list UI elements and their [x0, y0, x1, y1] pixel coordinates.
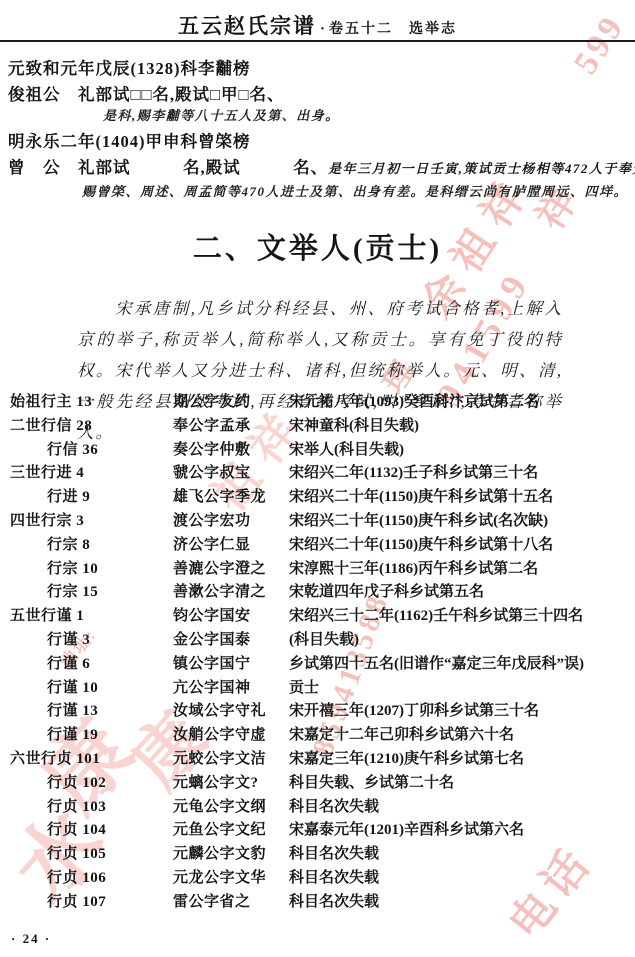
table-row: 始祖行主 13 期公字友约 宋元祐八年(1093)癸酉科汴京试第二名 [0, 391, 635, 415]
rank-cell: 五世行谨 1 [0, 605, 173, 629]
rank-cell: 行贞 102 [0, 772, 173, 796]
rank-cell: 始祖行主 13 [0, 391, 173, 415]
detail-cell: 宋嘉定十二年己卯科乡试第六十名 [289, 724, 635, 748]
table-row: 行谨 10 亢公字国神 贡士 [0, 677, 635, 701]
table-row: 行宗 8 济公字仁显 宋绍兴二十年(1150)庚午科乡试第十八名 [0, 534, 635, 558]
era-line-ming: 明永乐二年(1404)甲申科曾棨榜 [8, 128, 251, 152]
table-row: 二世行信 28 奉公字孟承 宋神童科(科目失载) [0, 415, 635, 439]
table-row: 行谨 19 汝艄公字守虚 宋嘉定十二年己卯科乡试第六十名 [0, 724, 635, 748]
table-row: 四世行宗 3 渡公字宏功 宋绍兴二十年(1150)庚午科乡试(名次缺) [0, 510, 635, 534]
name-cell: 雷公字省之 [173, 891, 289, 915]
entry-zeng-note: 是年三月初一日壬寅,策试贡士杨相等472人于奉天殿, [328, 161, 635, 176]
section-title: 二、文举人(贡士) [0, 226, 635, 267]
table-row: 行宗 10 善漉公字澄之 宋淳熙十三年(1186)丙午科乡试第二名 [0, 558, 635, 582]
table-row: 五世行谨 1 钧公字国安 宋绍兴三十二年(1162)壬午科乡试第三十四名 [0, 605, 635, 629]
table-row: 行贞 107 雷公字省之 科目名次失载 [0, 891, 635, 915]
rank-cell: 行谨 19 [0, 724, 173, 748]
name-cell: 镇公字国宁 [173, 653, 289, 677]
detail-cell: 宋乾道四年戊子科乡试第五名 [289, 581, 635, 605]
detail-cell: 宋绍兴二十年(1150)庚午科乡试第十五名 [289, 486, 635, 510]
detail-cell: 宋开禧三年(1207)丁卯科乡试第三十名 [289, 700, 635, 724]
rank-cell: 行谨 10 [0, 677, 173, 701]
detail-cell: 贡士 [289, 677, 635, 701]
name-cell: 汝域公字守礼 [173, 700, 289, 724]
detail-cell: 科目名次失载 [289, 891, 635, 915]
detail-cell: 科目失载、乡试第二十名 [289, 772, 635, 796]
name-cell: 奉公字孟承 [173, 415, 289, 439]
table-row: 行谨 13 汝域公字守礼 宋开禧三年(1207)丁卯科乡试第三十名 [0, 700, 635, 724]
detail-cell: 宋元祐八年(1093)癸酉科汴京试第二名 [289, 391, 635, 415]
rank-cell: 四世行宗 3 [0, 510, 173, 534]
table-row: 六世行贞 101 元蛟公字文洁 宋嘉定三年(1210)庚午科乡试第七名 [0, 748, 635, 772]
table-row: 行贞 102 元螭公字文? 科目失载、乡试第二十名 [0, 772, 635, 796]
rank-cell: 行贞 106 [0, 867, 173, 891]
volume-subtitle: 卷五十二 选举志 [329, 22, 457, 37]
name-cell: 钧公字国安 [173, 605, 289, 629]
rank-cell: 行信 36 [0, 439, 173, 463]
name-cell: 亢公字国神 [173, 677, 289, 701]
detail-cell: 宋举人(科目失载) [289, 439, 635, 463]
header-divider [0, 40, 635, 42]
table-row: 行谨 3 金公字国泰 (科目失载) [0, 629, 635, 653]
name-cell: 期公字友约 [173, 391, 289, 415]
detail-cell: (科目失载) [289, 629, 635, 653]
era-line-yuan: 元致和元年戊辰(1328)科李黼榜 [8, 55, 251, 79]
rank-cell: 行宗 10 [0, 558, 173, 582]
detail-cell: 宋神童科(科目失载) [289, 415, 635, 439]
name-cell: 虢公字叔宝 [173, 462, 289, 486]
name-cell: 元龙公字文华 [173, 867, 289, 891]
rank-cell: 行贞 105 [0, 843, 173, 867]
detail-cell: 宋绍兴二十年(1150)庚午科乡试第十八名 [289, 534, 635, 558]
detail-cell: 宋绍兴三十二年(1162)壬午科乡试第三十四名 [289, 605, 635, 629]
detail-cell: 宋嘉泰元年(1201)辛酉科乡试第六名 [289, 819, 635, 843]
table-row: 三世行进 4 虢公字叔宝 宋绍兴二年(1132)壬子科乡试第三十名 [0, 462, 635, 486]
detail-cell: 乡试第四十五名(旧谱作“嘉定三年戊辰科”误) [289, 653, 635, 677]
detail-cell: 宋淳熙十三年(1186)丙午科乡试第二名 [289, 558, 635, 582]
name-cell: 善漱公字清之 [173, 581, 289, 605]
detail-cell: 科目名次失载 [289, 867, 635, 891]
rank-cell: 行宗 15 [0, 581, 173, 605]
name-cell: 元螭公字文? [173, 772, 289, 796]
name-cell: 奏公字仲敷 [173, 439, 289, 463]
rank-cell: 六世行贞 101 [0, 748, 173, 772]
table-row: 行贞 105 元麟公字文豹 科目名次失载 [0, 843, 635, 867]
rank-cell: 行贞 107 [0, 891, 173, 915]
roster-table: 始祖行主 13 期公字友约 宋元祐八年(1093)癸酉科汴京试第二名 二世行信 … [0, 391, 635, 915]
entry-zeng-text: 礼部试 名,殿试 名、 [61, 158, 329, 177]
book-title: 五云赵氏宗谱 [178, 14, 316, 38]
name-cell: 元龟公字文纲 [173, 796, 289, 820]
name-cell: 渡公字宏功 [173, 510, 289, 534]
table-row: 行进 9 雄飞公字季龙 宋绍兴二十年(1150)庚午科乡试第十五名 [0, 486, 635, 510]
name-cell: 元麟公字文豹 [173, 843, 289, 867]
entry-zeng-name: 曾 公 [8, 158, 61, 177]
rank-cell: 行进 9 [0, 486, 173, 510]
detail-cell: 宋绍兴二十年(1150)庚午科乡试(名次缺) [289, 510, 635, 534]
table-row: 行谨 6 镇公字国宁 乡试第四十五名(旧谱作“嘉定三年戊辰科”误) [0, 653, 635, 677]
rank-cell: 二世行信 28 [0, 415, 173, 439]
rank-cell: 行谨 13 [0, 700, 173, 724]
table-row: 行贞 106 元龙公字文华 科目名次失载 [0, 867, 635, 891]
detail-cell: 宋嘉定三年(1210)庚午科乡试第七名 [289, 748, 635, 772]
rank-cell: 行谨 3 [0, 629, 173, 653]
name-cell: 元鱼公字文纪 [173, 819, 289, 843]
note-line-ming: 赐曾棨、周述、周孟简等470人进士及第、出身有差。是科缙云尚有胪膛周远、四垟。 [82, 181, 628, 200]
name-cell: 善漉公字澄之 [173, 558, 289, 582]
note-line-yuan: 是科,赐李黼等八十五人及第、出身。 [103, 105, 340, 124]
table-row: 行信 36 奏公字仲敷 宋举人(科目失载) [0, 439, 635, 463]
table-row: 行贞 103 元龟公字文纲 科目名次失载 [0, 796, 635, 820]
page-header: 五云赵氏宗谱·卷五十二 选举志 [0, 10, 635, 40]
rank-cell: 行贞 103 [0, 796, 173, 820]
entry-line-jun: 俊祖公 礼部试□□名,殿试□甲□名、 [8, 81, 285, 105]
name-cell: 雄飞公字季龙 [173, 486, 289, 510]
name-cell: 汝艄公字守虚 [173, 724, 289, 748]
title-separator-dot: · [320, 21, 325, 37]
genealogy-page: 水 康 康 祖祥 余祖祥 941599 理 祥 地址: 859413588 电话… [0, 0, 635, 957]
table-row: 行宗 15 善漱公字清之 宋乾道四年戊子科乡试第五名 [0, 581, 635, 605]
table-row: 行贞 104 元鱼公字文纪 宋嘉泰元年(1201)辛酉科乡试第六名 [0, 819, 635, 843]
name-cell: 金公字国泰 [173, 629, 289, 653]
rank-cell: 行贞 104 [0, 819, 173, 843]
detail-cell: 科目名次失载 [289, 796, 635, 820]
rank-cell: 三世行进 4 [0, 462, 173, 486]
rank-cell: 行宗 8 [0, 534, 173, 558]
page-number: · 24 · [11, 931, 51, 947]
name-cell: 元蛟公字文洁 [173, 748, 289, 772]
detail-cell: 科目名次失载 [289, 843, 635, 867]
detail-cell: 宋绍兴二年(1132)壬子科乡试第三十名 [289, 462, 635, 486]
name-cell: 济公字仁显 [173, 534, 289, 558]
rank-cell: 行谨 6 [0, 653, 173, 677]
entry-line-zeng: 曾 公 礼部试 名,殿试 名、是年三月初一日壬寅,策试贡士杨相等472人于奉天殿… [8, 154, 635, 178]
